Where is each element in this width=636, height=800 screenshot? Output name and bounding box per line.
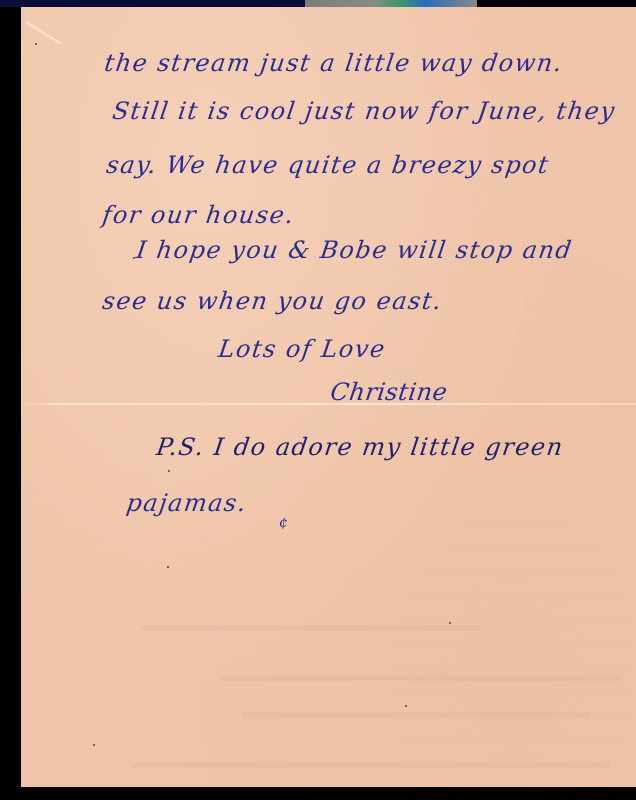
letter-line-6: see us when you go east. [101,289,444,313]
paper-speck [168,470,170,472]
letter-line-1: the stream just a little way down. [103,51,565,75]
paper-speck [167,566,169,568]
postscript-line-1: P.S. I do adore my little green [155,435,565,459]
paper-speck [405,705,407,707]
paper-speck [93,744,95,746]
bleed-through-mark [141,625,481,631]
paper-speck [449,622,451,624]
letter-paper: the stream just a little way down. Still… [21,7,636,787]
scan-color-swatch [305,0,477,7]
letter-signature: Christine [329,380,449,404]
postscript-line-2: pajamas. [125,491,249,515]
letter-line-3: say. We have quite a breezy spot [105,153,551,177]
stray-ink-mark: ¢ [278,516,289,530]
bleed-through-mark [221,675,621,681]
bleed-through-mark [241,712,591,718]
paper-speck [35,43,37,45]
paper-crease [25,21,60,44]
scan-top-border-right [477,0,636,7]
letter-line-4: for our house. [101,203,296,227]
bleed-through-mark [131,762,611,768]
letter-line-2: Still it is cool just now for June, they [111,99,617,123]
letter-line-5: I hope you & Bobe will stop and [135,238,574,262]
letter-closing: Lots of Love [217,337,387,361]
